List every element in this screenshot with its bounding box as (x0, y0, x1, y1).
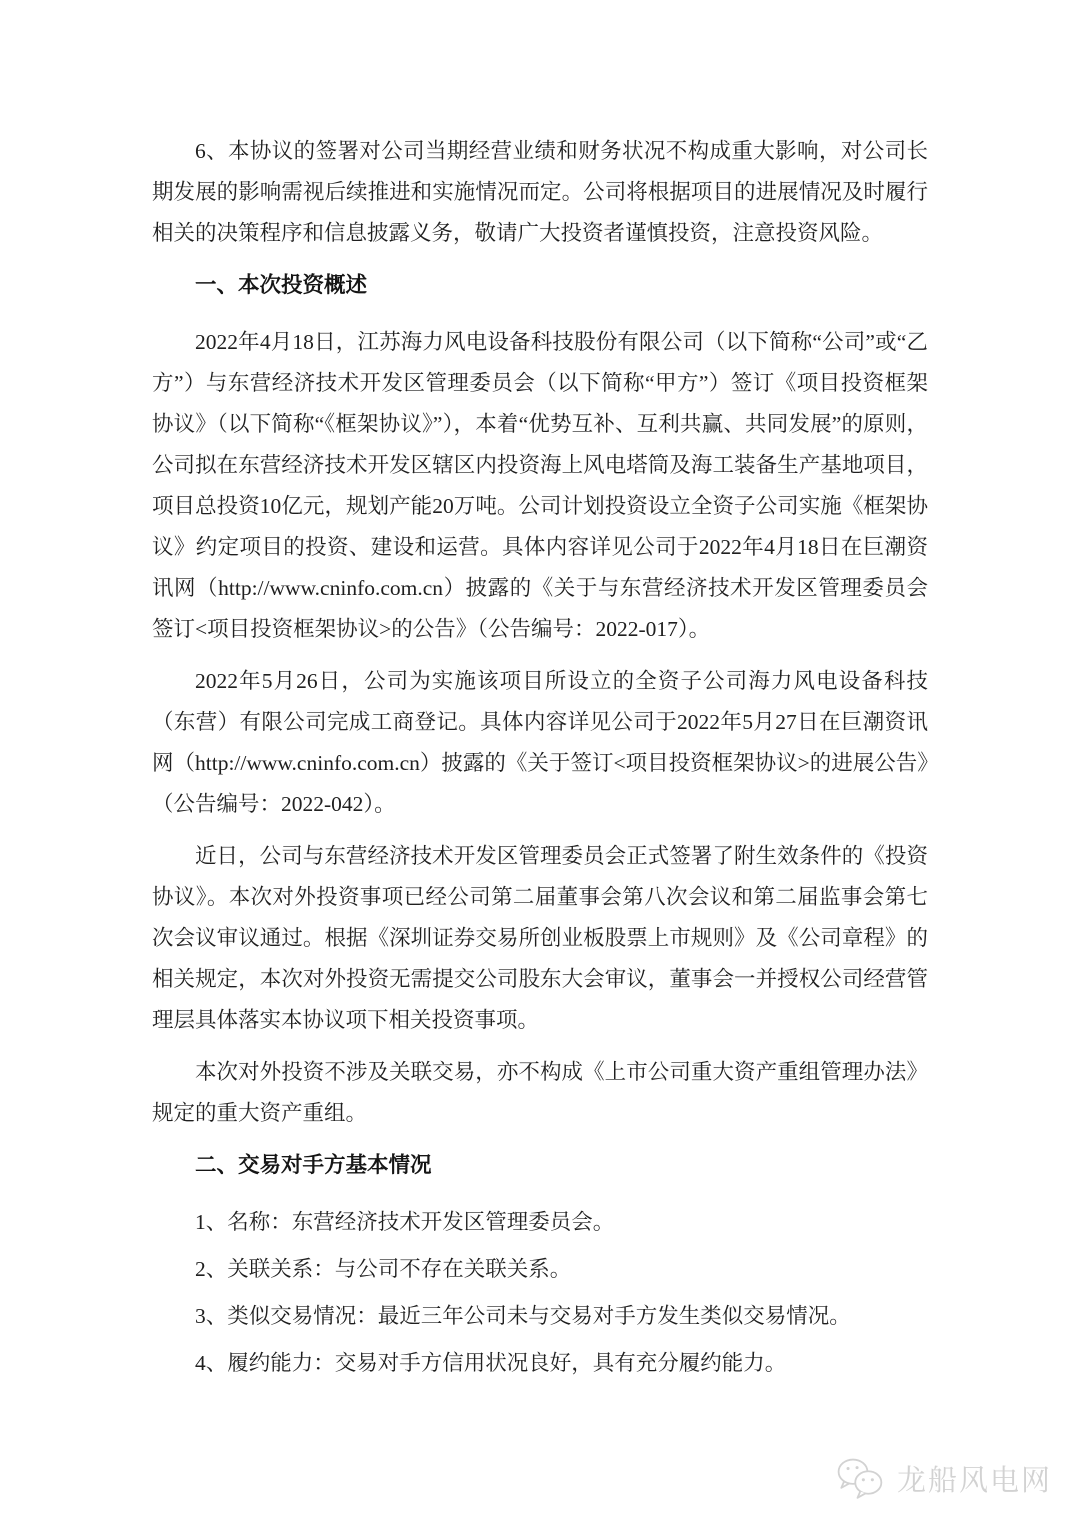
paragraph-no-related-transaction: 本次对外投资不涉及关联交易，亦不构成《上市公司重大资产重组管理办法》规定的重大资… (152, 1052, 928, 1134)
paragraph-investment-agreement-signed: 近日，公司与东营经济技术开发区管理委员会正式签署了附生效条件的《投资协议》。本次… (152, 836, 928, 1041)
paragraph-subsidiary-registration: 2022年5月26日，公司为实施该项目所设立的全资子公司海力风电设备科技（东营）… (152, 661, 928, 825)
list-item-performance-ability: 4、履约能力：交易对手方信用状况良好，具有充分履约能力。 (152, 1343, 928, 1384)
watermark-label: 龙船风电网 (897, 1458, 1052, 1499)
list-item-similar-transactions: 3、类似交易情况：最近三年公司未与交易对手方发生类似交易情况。 (152, 1296, 928, 1337)
list-item-counterparty-name: 1、名称：东营经济技术开发区管理委员会。 (152, 1202, 928, 1243)
list-item-relationship: 2、关联关系：与公司不存在关联关系。 (152, 1249, 928, 1290)
watermark: 龙船风电网 (835, 1455, 1052, 1501)
paragraph-risk-notice: 6、本协议的签署对公司当期经营业绩和财务状况不构成重大影响，对公司长期发展的影响… (152, 131, 928, 254)
section-heading-counterparty-info: 二、交易对手方基本情况 (152, 1145, 928, 1186)
wechat-icon (835, 1455, 889, 1501)
section-heading-investment-overview: 一、本次投资概述 (152, 265, 928, 306)
paragraph-framework-agreement: 2022年4月18日，江苏海力风电设备科技股份有限公司（以下简称“公司”或“乙方… (152, 322, 928, 650)
announcement-document: 6、本协议的签署对公司当期经营业绩和财务状况不构成重大影响，对公司长期发展的影响… (0, 0, 1080, 1384)
